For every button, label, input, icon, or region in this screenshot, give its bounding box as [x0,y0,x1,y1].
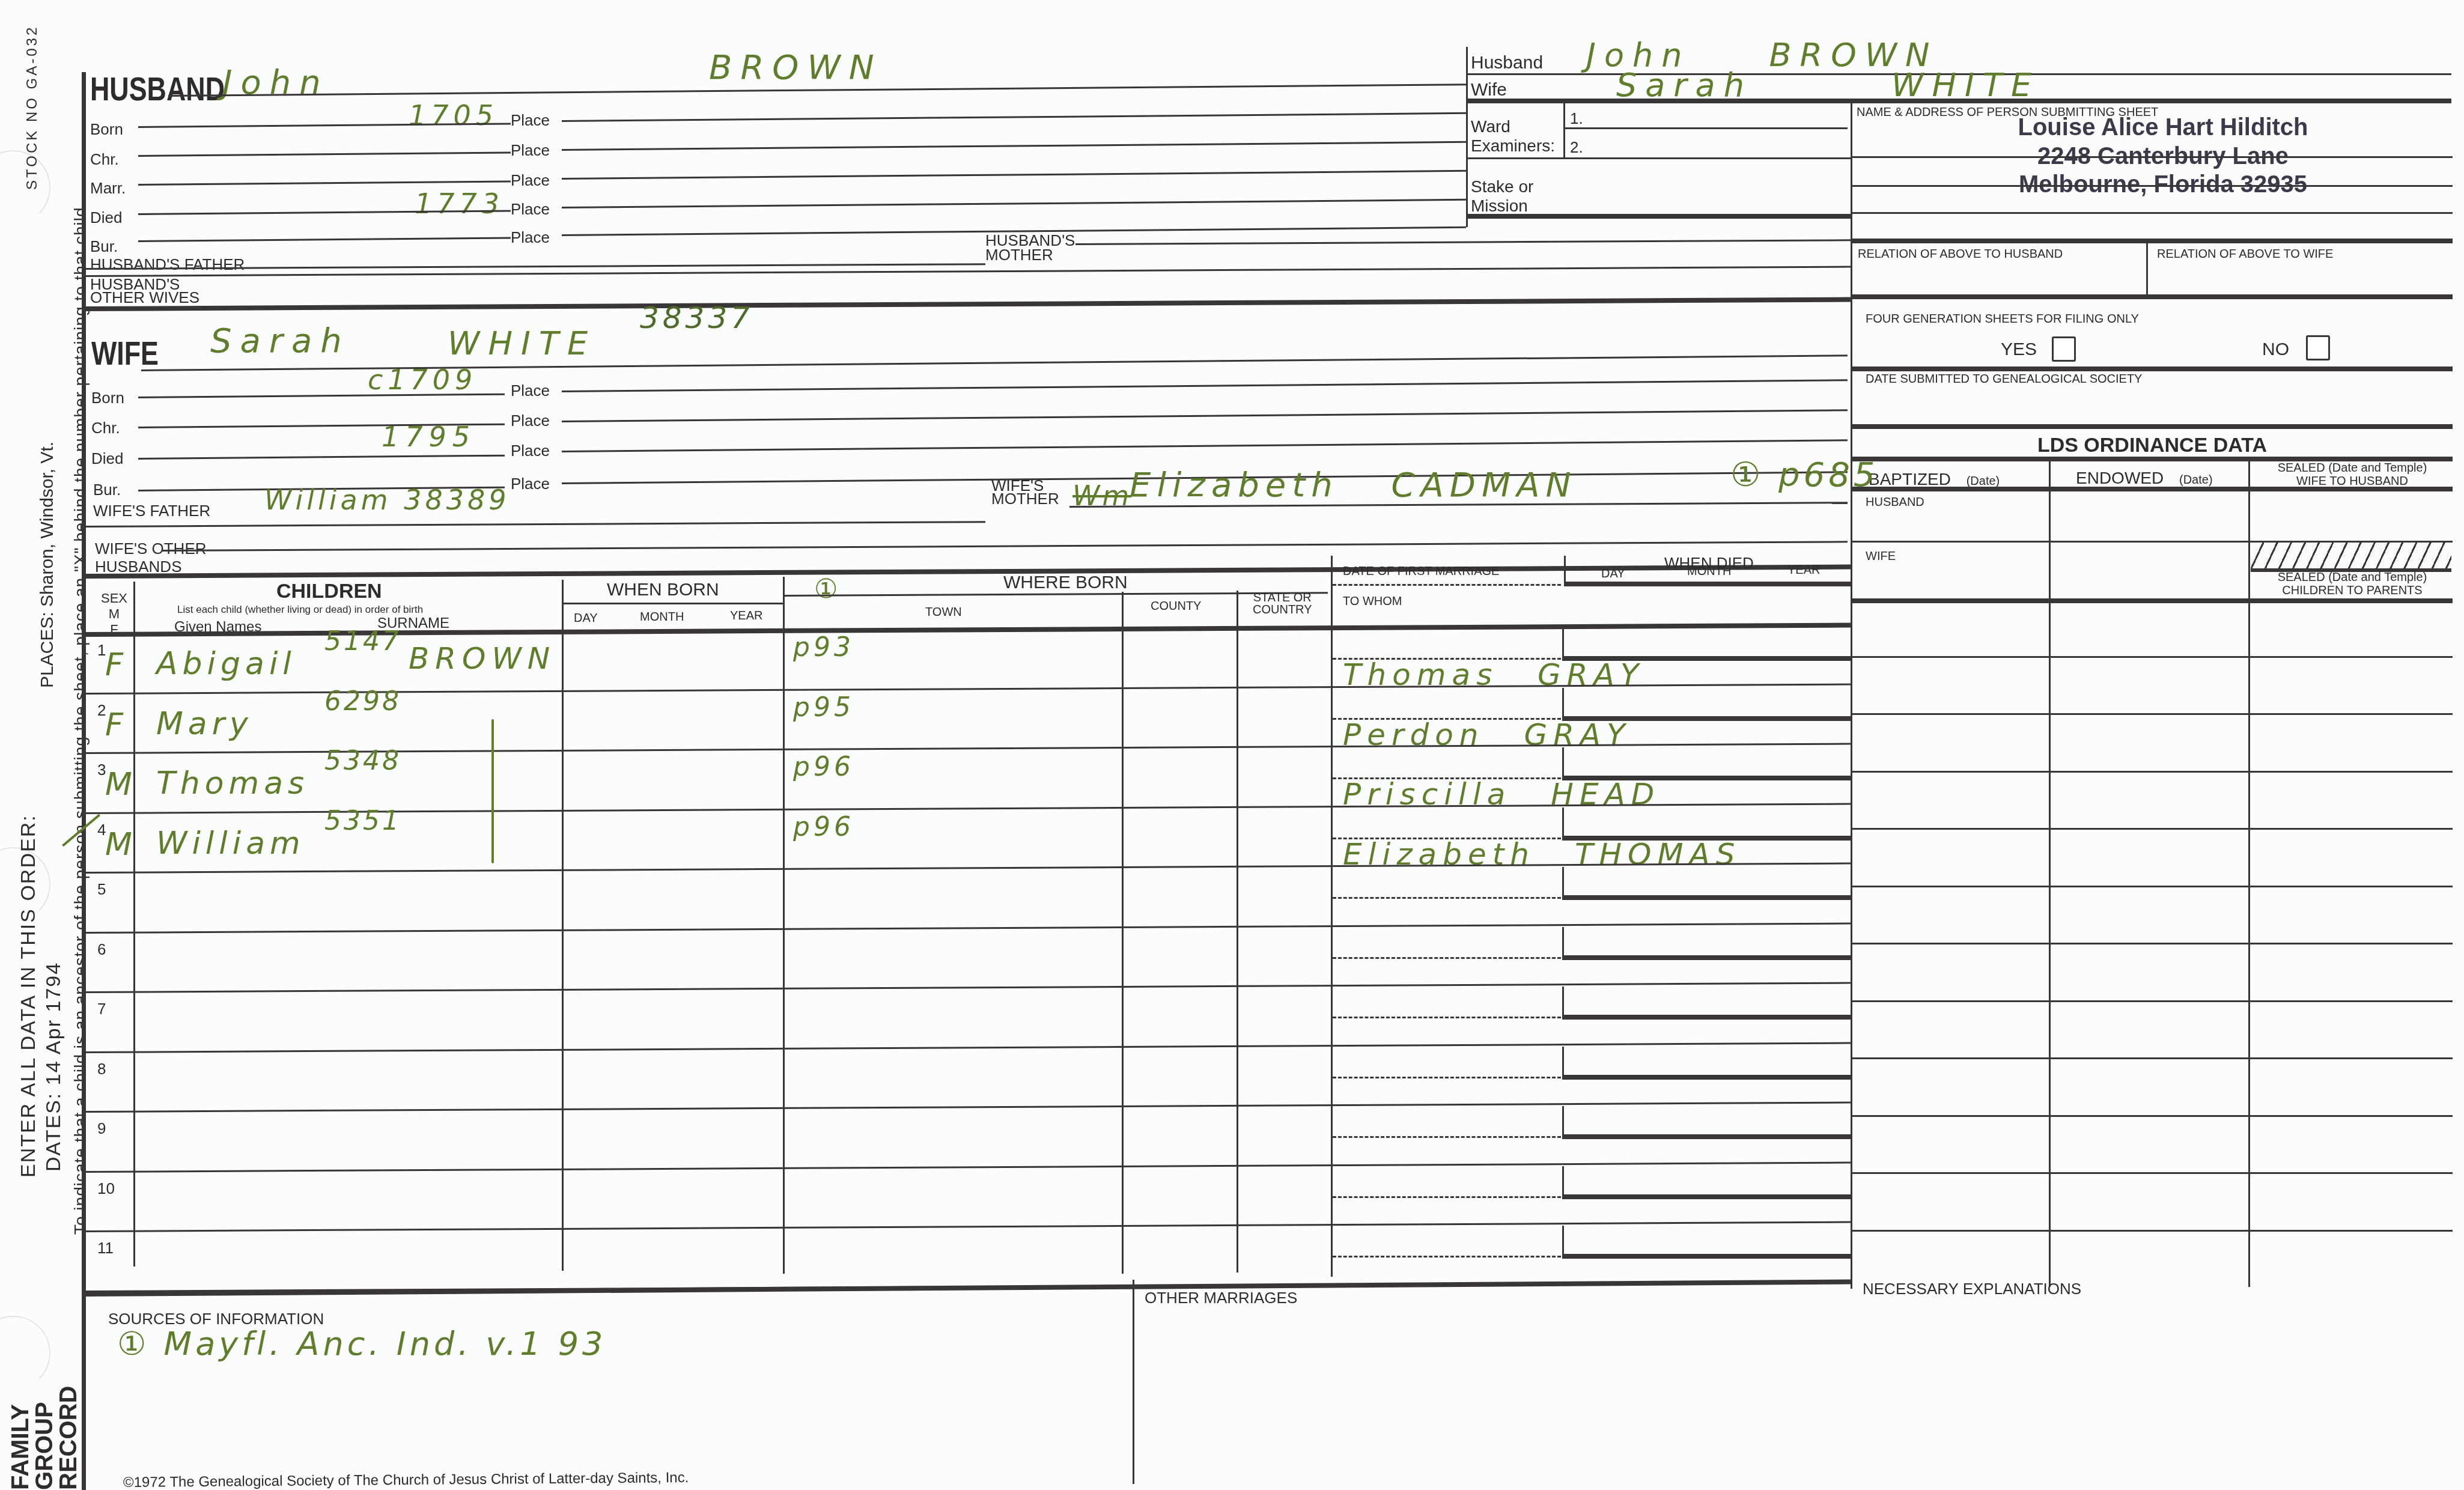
wife-heading: WIFE [91,333,159,372]
child-birth-date[interactable] [565,1054,781,1110]
child-sealed-field[interactable] [2252,1003,2450,1054]
child-death-date[interactable] [1562,955,1851,960]
child-birth-county[interactable] [1125,1233,1234,1289]
husband-baptized-field[interactable] [1857,511,2046,538]
wife-born-date[interactable]: c1709 [368,363,477,396]
no-checkbox[interactable] [2306,335,2330,360]
child-endowed-field[interactable] [2052,659,2245,710]
child-birth-date[interactable] [565,1233,781,1289]
child-baptized-field[interactable] [1857,1176,2046,1227]
child-id: 5147 [324,626,401,657]
other-marriages-field[interactable] [1136,1310,1845,1478]
when-born-header: WHEN BORN [607,580,719,600]
child-endowed-field[interactable] [2052,774,2245,825]
lds-wife-row-label: WIFE [1866,550,1896,564]
child-sealed-field[interactable] [2252,717,2450,768]
child-endowed-field[interactable] [2052,602,2245,653]
child-baptized-field[interactable] [1857,1003,2046,1054]
child-number: 9 [97,1119,106,1138]
form-title: FAMILY GROUP RECORD [8,1386,81,1490]
husband-died-date[interactable]: 1773 [415,187,504,220]
child-birth-date[interactable] [565,994,781,1050]
child-sex[interactable]: M [105,767,132,803]
child-endowed-field[interactable] [2052,1118,2245,1169]
stake-mission-label: Stake or Mission [1471,177,1533,216]
husband-died-label: Died [90,208,122,227]
yes-checkbox[interactable] [2052,336,2076,362]
child-birth-state[interactable] [1240,874,1328,931]
stock-number: STOCK NO GA-032 [24,25,41,190]
husband-endowed-field[interactable] [2052,490,2245,541]
husband-mother-field[interactable] [1075,239,1851,245]
relation-husband-field[interactable] [1857,264,2145,306]
child-birth-county[interactable] [1125,635,1234,692]
child-birth-county[interactable] [1125,874,1234,931]
date-submitted-field[interactable] [1863,391,2439,427]
ward-examiners-label: Ward Examiners: [1471,117,1555,156]
child-number: 7 [97,1000,106,1018]
child-surname[interactable]: BROWN [409,641,556,676]
copyright: ©1972 The Genealogical Society of The Ch… [123,1470,689,1490]
child-birth-county[interactable] [1125,815,1234,871]
child-endowed-field[interactable] [2052,1061,2245,1112]
wife-other-husbands-label: WIFE'S OTHER HUSBANDS [95,540,207,576]
child-birth-county[interactable] [1125,1113,1234,1170]
child-birth-state[interactable] [1240,1233,1328,1289]
first-marriage-header: DATE OF FIRST MARRIAGE [1343,565,1499,579]
child-endowed-field[interactable] [2052,717,2245,768]
husband-born-date[interactable]: 1705 [409,99,498,132]
child-birth-state[interactable] [1240,635,1328,692]
children-title: CHILDREN [276,580,382,603]
wife-born-place[interactable] [562,379,1848,392]
child-baptized-field[interactable] [1857,889,2046,940]
where-born-header: WHERE BORN [1003,573,1128,593]
wife-died-place[interactable] [562,439,1848,452]
child-sex[interactable]: F [105,647,123,683]
binder-hole [0,1316,50,1390]
child-sealed-field[interactable] [2252,889,2450,940]
child-birth-town[interactable]: p96 [793,812,854,842]
wife-surname[interactable]: WHITE [448,324,596,362]
child-birth-date[interactable] [565,755,781,811]
child-birth-date[interactable] [565,815,781,871]
child-sealed-field[interactable] [2252,946,2450,997]
header-wife-label: Wife [1471,80,1507,100]
child-endowed-field[interactable] [2052,832,2245,883]
bracket-mark [491,719,494,863]
children-instruction: List each child (whether living or dead)… [177,604,423,616]
wife-born-label: Born [91,389,124,407]
child-birth-state[interactable] [1240,1054,1328,1110]
child-death-date[interactable] [1562,895,1851,900]
wife-mother-label: WIFE'S MOTHER [991,479,1059,505]
examiner-2-field[interactable] [1586,133,1839,151]
child-endowed-field[interactable] [2052,1176,2245,1227]
wife-chr-place[interactable] [562,409,1848,422]
husband-marr-place[interactable] [562,170,1466,180]
child-birth-date[interactable] [565,1113,781,1170]
wife-father-label: WIFE'S FATHER [93,502,210,520]
child-baptized-field[interactable] [1857,774,2046,825]
child-birth-date[interactable] [565,934,781,991]
child-death-date[interactable] [1562,1194,1851,1199]
child-baptized-field[interactable] [1857,832,2046,883]
child-death-date[interactable] [1562,1134,1851,1139]
child-birth-county[interactable] [1125,695,1234,752]
submitter-name[interactable]: Louise Alice Hart Hilditch [1953,114,2373,141]
hatched-block [2251,542,2451,572]
child-endowed-field[interactable] [2052,1003,2245,1054]
state-country-header: STATE OR COUNTRY [1253,592,1312,616]
lds-title: LDS ORDINANCE DATA [1852,434,2453,457]
child-birth-date[interactable] [565,874,781,931]
child-baptized-field[interactable] [1857,1118,2046,1169]
to-whom-header: TO WHOM [1343,595,1402,609]
child-birth-state[interactable] [1240,934,1328,991]
husband-born-place[interactable] [562,112,1466,122]
husband-other-wives-label: HUSBAND'S OTHER WIVES [90,278,199,304]
child-baptized-field[interactable] [1857,946,2046,997]
lds-husband-row-label: HUSBAND [1866,496,1924,509]
wife-bur-label: Bur. [93,481,121,499]
husband-born-place-label: Place [511,111,550,130]
sex-header: SEX M F [96,591,132,637]
wife-died-date[interactable]: 1795 [382,421,476,453]
child-birth-state[interactable] [1240,815,1328,871]
form-border [82,72,86,1490]
child-birth-state[interactable] [1240,755,1328,811]
wife-given-name[interactable]: Sarah [210,321,350,360]
child-sealed-field[interactable] [2252,659,2450,710]
child-birth-county[interactable] [1125,934,1234,991]
child-birth-town[interactable]: p93 [793,632,854,663]
child-birth-state[interactable] [1240,695,1328,752]
sources-value[interactable]: ① Mayfl. Anc. Ind. v.1 93 [117,1325,606,1363]
child-number: 11 [97,1239,114,1257]
sealed-wife-header: SEALED (Date and Temple) WIFE TO HUSBAND [2250,461,2454,488]
child-id: 5351 [324,806,401,836]
child-birth-town[interactable]: p95 [793,692,854,723]
husband-chr-label: Chr. [90,150,119,169]
husband-bur-date[interactable] [138,237,511,242]
date-submitted-label: DATE SUBMITTED TO GENEALOGICAL SOCIETY [1866,372,2142,386]
wife-chr-label: Chr. [91,419,120,437]
child-birth-county[interactable] [1125,1173,1234,1230]
child-birth-town[interactable]: p96 [793,752,854,782]
wife-father-value[interactable]: William 38389 [264,484,510,516]
child-birth-county[interactable] [1125,755,1234,811]
child-death-date[interactable] [1562,1015,1851,1020]
examiner-1-field[interactable] [1586,105,1839,123]
husband-mother-label: HUSBAND'S MOTHER [985,233,1075,262]
husband-chr-date[interactable] [138,152,511,157]
margin-enter-order: ENTER ALL DATA IN THIS ORDER: [17,814,40,1178]
child-given-name[interactable]: Thomas [156,765,309,801]
child-death-date[interactable] [1562,1075,1851,1080]
yes-label: YES [2001,339,2037,360]
child-sealed-field[interactable] [2252,1061,2450,1112]
child-sealed-field[interactable] [2252,774,2450,825]
child-birth-date[interactable] [565,695,781,752]
child-number: 6 [97,940,106,959]
child-id: 6298 [324,686,401,717]
child-endowed-field[interactable] [2052,946,2245,997]
child-baptized-field[interactable] [1857,1061,2046,1112]
child-id: 5348 [324,746,401,776]
husband-other-wives-field[interactable] [84,297,1851,311]
child-number: 5 [97,880,106,899]
husband-given-name[interactable]: John [222,63,329,102]
child-birth-state[interactable] [1240,1113,1328,1170]
child-birth-date[interactable] [565,635,781,692]
margin-dates: DATES: 14 Apr 1794 [42,962,65,1172]
sealed-children-header: SEALED (Date and Temple) CHILDREN TO PAR… [2250,571,2454,597]
child-sealed-field[interactable] [2252,832,2450,883]
where-born-source-mark: ① [814,574,838,604]
husband-father-label: HUSBAND'S FATHER [90,255,245,274]
child-endowed-field[interactable] [2052,889,2245,940]
child-sealed-field[interactable] [2252,1118,2450,1169]
sealed-wife-field[interactable] [2252,490,2450,541]
margin-places: PLACES: Sharon, Windsor, Vt. [37,442,58,688]
child-baptized-field[interactable] [1857,602,2046,653]
husband-chr-place[interactable] [562,141,1466,151]
child-sealed-field[interactable] [2252,1176,2450,1227]
stake-mission-field[interactable] [1562,162,1845,216]
child-sex[interactable]: M [105,827,132,863]
relation-husband-label: RELATION OF ABOVE TO HUSBAND [1858,248,2063,261]
no-label: NO [2262,339,2289,360]
child-baptized-field[interactable] [1857,717,2046,768]
child-given-name[interactable]: Mary [156,706,253,742]
child-birth-state[interactable] [1240,994,1328,1050]
husband-marr-label: Marr. [90,179,126,198]
margin-instruction: To indicate that a child is an ancestor … [71,207,90,1235]
wife-id-number[interactable]: 38337 [640,300,753,335]
husband-died-place[interactable] [562,199,1466,208]
necessary-explanations-label: NECESSARY EXPLANATIONS [1863,1280,2081,1298]
child-birth-county[interactable] [1125,1054,1234,1110]
child-baptized-field[interactable] [1857,659,2046,710]
wife-mother-source: ① p685 [1730,455,1878,494]
relation-wife-label: RELATION OF ABOVE TO WIFE [2157,248,2333,261]
husband-heading: HUSBAND [90,69,225,108]
child-birth-date[interactable] [565,1173,781,1230]
wife-endowed-field[interactable] [2052,544,2245,598]
husband-bur-label: Bur. [90,237,118,256]
endowed-header: ENDOWED (Date) [2076,469,2213,488]
child-sex[interactable]: F [105,707,123,743]
husband-marr-date[interactable] [138,181,511,186]
wife-baptized-field[interactable] [1857,565,2046,595]
child-given-name[interactable]: William [156,826,305,862]
child-death-date[interactable] [1562,1254,1851,1259]
husband-born-label: Born [90,120,123,139]
child-number: 10 [97,1179,115,1198]
relation-wife-field[interactable] [2151,264,2445,294]
child-number: 8 [97,1060,106,1078]
child-birth-county[interactable] [1125,994,1234,1050]
other-marriages-label: OTHER MARRIAGES [1145,1289,1297,1307]
child-given-name[interactable]: Abigail [156,646,296,682]
wife-died-label: Died [91,449,123,468]
husband-surname[interactable]: BROWN [709,48,883,87]
wife-mother-value[interactable]: Elizabeth CADMAN [1130,466,1577,505]
child-sealed-field[interactable] [2252,602,2450,653]
necessary-explanations-field[interactable] [1857,1301,2451,1457]
wife-other-husbands-field[interactable] [162,541,1848,552]
four-gen-label: FOUR GENERATION SHEETS FOR FILING ONLY [1866,312,2139,326]
header-husband-label: Husband [1471,53,1543,73]
child-birth-state[interactable] [1240,1173,1328,1230]
